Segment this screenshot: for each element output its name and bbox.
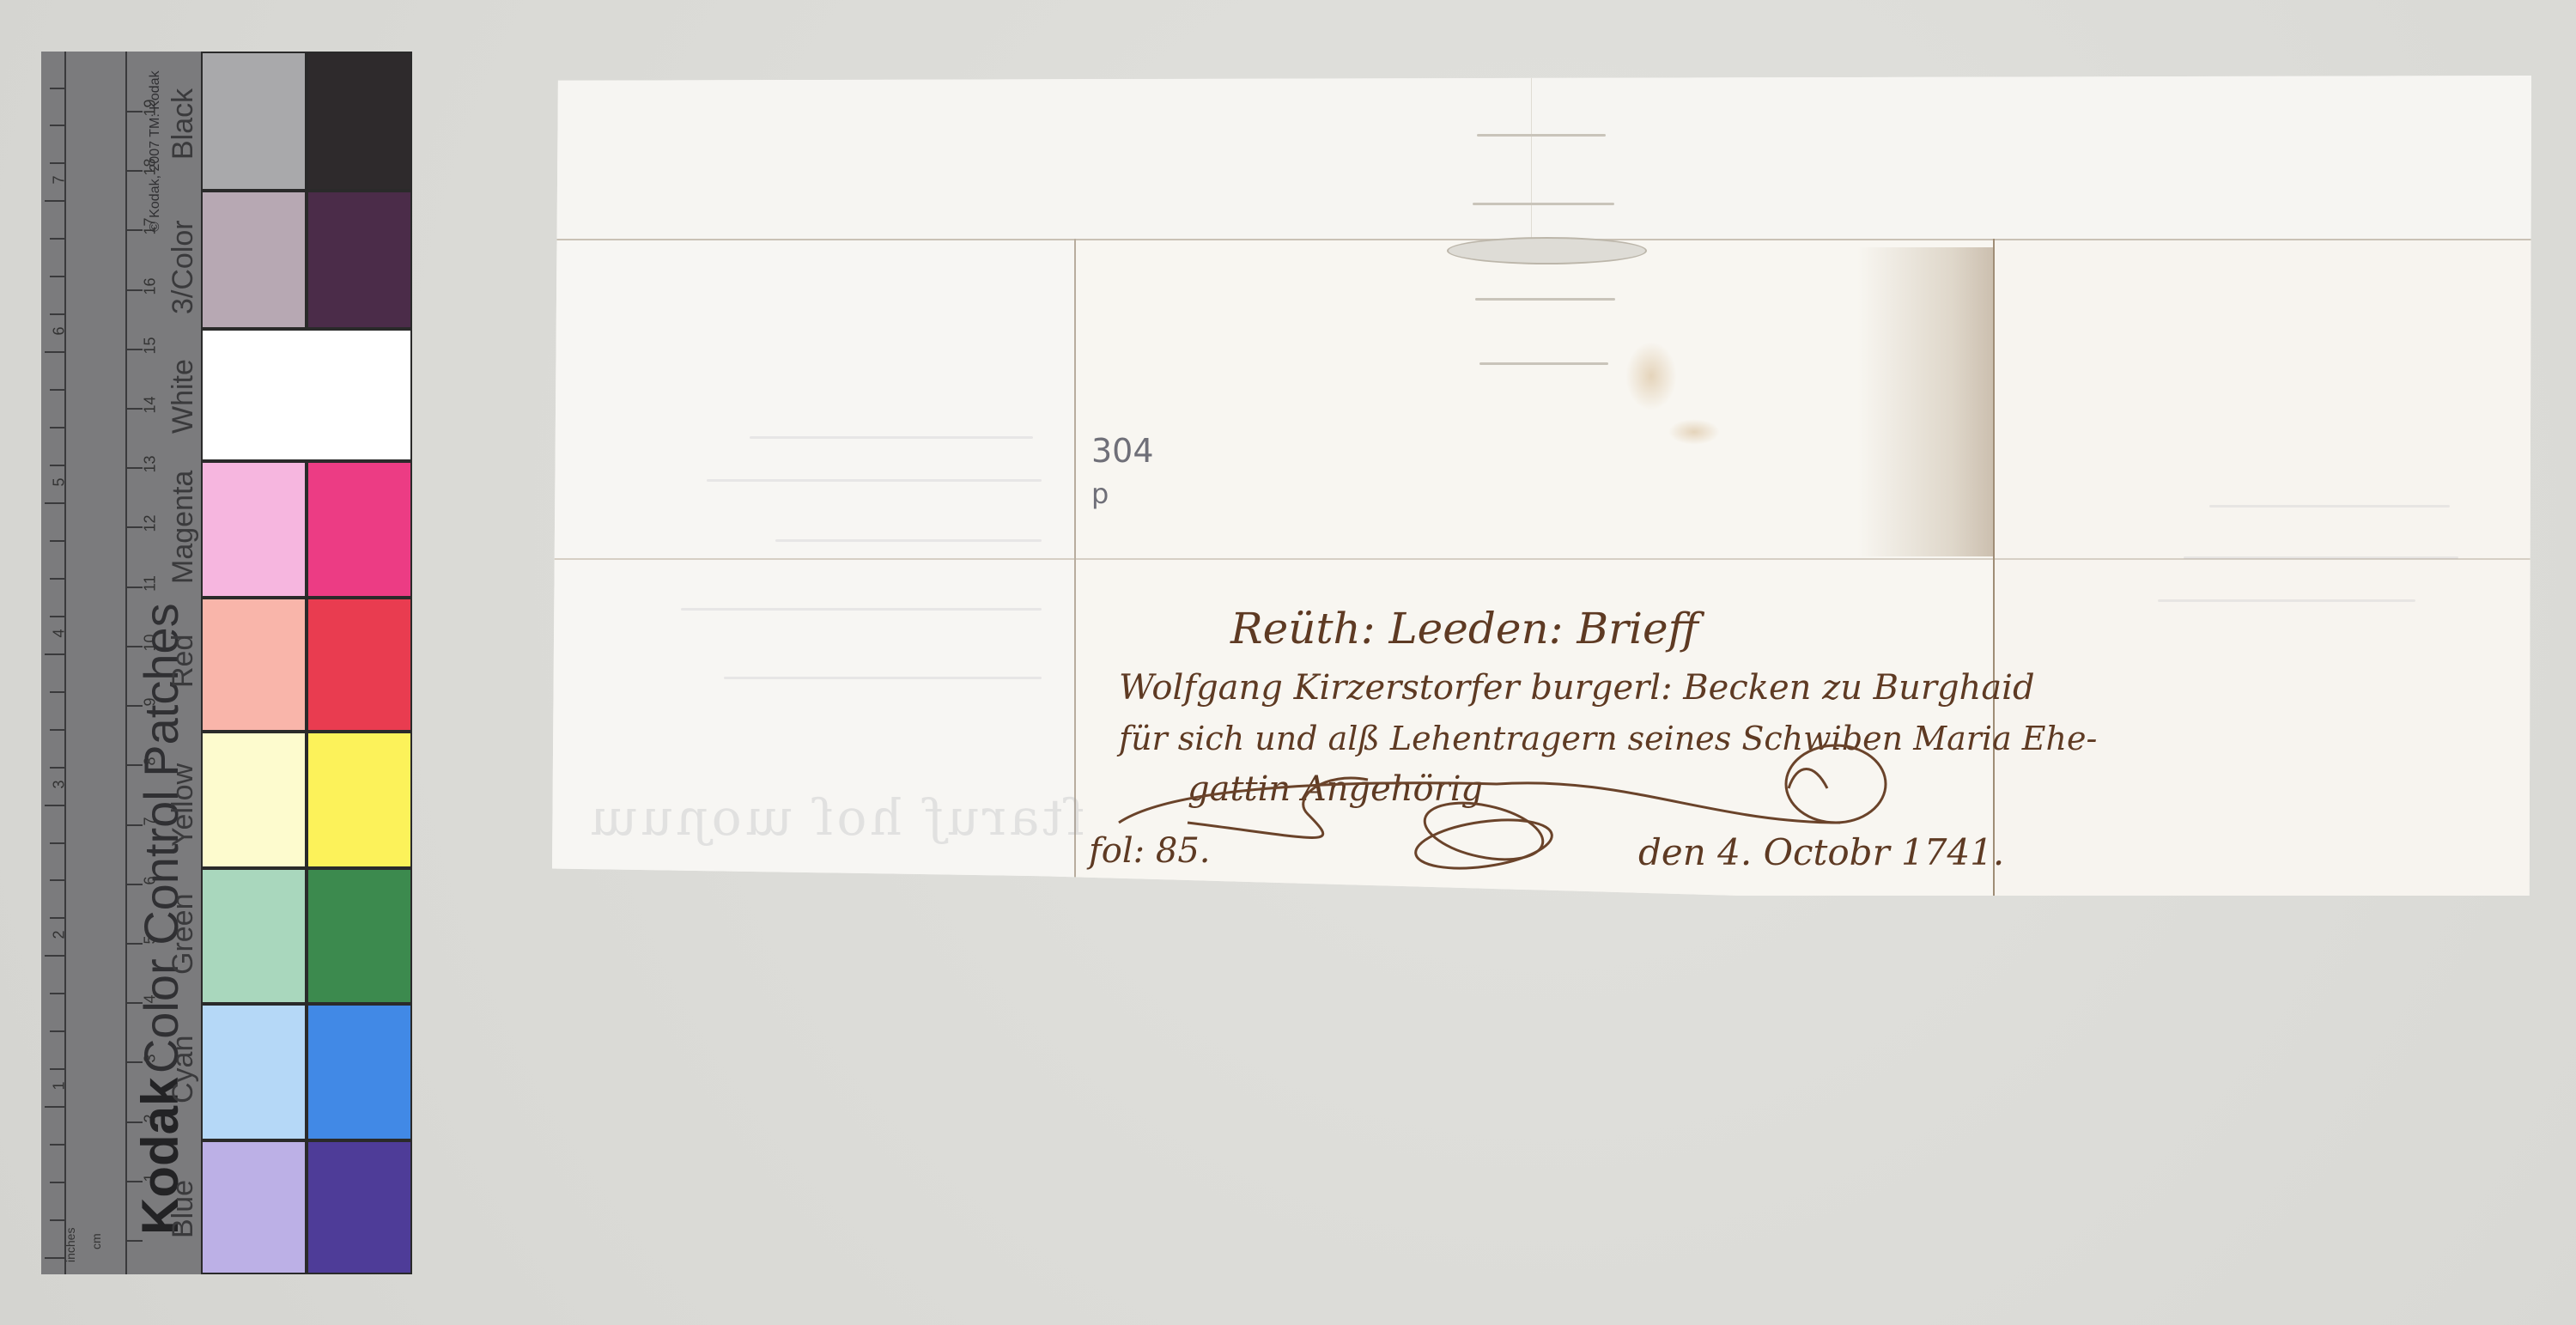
inch-tick xyxy=(50,616,65,617)
inch-tick-label: 1 xyxy=(51,1073,69,1099)
patch-label: Magenta xyxy=(167,470,200,583)
cm-tick xyxy=(125,587,143,588)
cm-tick xyxy=(125,229,143,231)
inch-tick xyxy=(45,1257,65,1259)
inch-tick xyxy=(50,125,65,126)
patch-black-light xyxy=(201,52,307,191)
inch-tick xyxy=(50,1144,65,1146)
cm-tick-label: 13 xyxy=(142,452,160,477)
patch-green-dark xyxy=(307,868,412,1004)
patch-label: Red xyxy=(167,635,200,688)
patch-black-dark xyxy=(307,52,412,191)
patch-magenta-dark xyxy=(307,461,412,598)
inch-tick xyxy=(50,767,65,769)
inch-tick xyxy=(50,1030,65,1032)
cm-tick xyxy=(125,1240,143,1242)
inch-tick xyxy=(50,993,65,994)
patch-label: Green xyxy=(167,894,200,976)
cm-tick xyxy=(125,526,143,528)
inch-tick xyxy=(50,691,65,693)
inch-tick-label: 5 xyxy=(51,469,69,495)
cm-tick xyxy=(125,408,143,410)
patch-label: White xyxy=(167,359,200,434)
inch-tick-label: 7 xyxy=(51,167,69,193)
inch-tick xyxy=(45,351,65,353)
inch-tick-label: 6 xyxy=(51,319,69,344)
inch-tick xyxy=(50,1068,65,1070)
cm-tick-label: 11 xyxy=(142,570,160,596)
patch-label: Cyan xyxy=(167,1035,200,1103)
patch-white xyxy=(201,329,412,461)
patch-3-color-light xyxy=(201,191,307,329)
inch-tick-label: 4 xyxy=(51,620,69,646)
inch-tick xyxy=(45,1106,65,1108)
patch-3-color-dark xyxy=(307,191,412,329)
inch-tick-label: 2 xyxy=(51,922,69,948)
cm-tick-label: 16 xyxy=(142,273,160,299)
inch-tick xyxy=(50,238,65,240)
patch-red-light xyxy=(201,598,307,732)
patch-yellow-dark xyxy=(307,732,412,868)
inch-tick xyxy=(50,578,65,580)
kodak-color-card: 123456712345678910111213141516171819 inc… xyxy=(41,52,412,1274)
patch-yellow-light xyxy=(201,732,307,868)
inch-tick xyxy=(45,653,65,655)
inches-unit-label: inches xyxy=(64,1228,77,1262)
cm-tick-label: 12 xyxy=(142,511,160,537)
inch-tick xyxy=(50,465,65,466)
inch-tick xyxy=(45,805,65,806)
inch-tick xyxy=(50,879,65,881)
patch-cyan-dark xyxy=(307,1004,412,1140)
cm-unit-label: cm xyxy=(89,1233,103,1249)
inch-tick xyxy=(45,200,65,202)
cm-ruler-line xyxy=(125,52,127,1274)
patch-red-dark xyxy=(307,598,412,732)
inch-tick xyxy=(50,1219,65,1221)
inch-tick xyxy=(50,917,65,919)
patch-label: Blue xyxy=(167,1180,200,1238)
inch-tick xyxy=(50,389,65,391)
patch-blue-dark xyxy=(307,1140,412,1274)
inch-tick xyxy=(50,540,65,542)
inch-tick xyxy=(50,1182,65,1183)
copyright-text: © Kodak, 2007 TM: Kodak xyxy=(148,70,163,232)
patch-blue-light xyxy=(201,1140,307,1274)
inch-tick xyxy=(50,427,65,428)
cm-tick xyxy=(125,289,143,291)
patch-label: Black xyxy=(167,88,200,160)
inch-tick xyxy=(50,276,65,277)
inch-tick-label: 3 xyxy=(51,771,69,797)
patch-green-light xyxy=(201,868,307,1004)
inch-tick xyxy=(45,955,65,957)
cm-tick-label: 15 xyxy=(142,332,160,358)
signature-flourish xyxy=(552,76,2531,896)
cm-tick-label: 14 xyxy=(142,392,160,418)
cm-tick xyxy=(125,467,143,469)
inch-tick xyxy=(50,88,65,89)
patch-cyan-light xyxy=(201,1004,307,1140)
cm-tick xyxy=(125,349,143,350)
inch-tick xyxy=(50,313,65,315)
folded-letter: ſtaruƒ hoſ ɯoɲuɯ 304 p Reüth: Leeden: Br… xyxy=(552,76,2531,896)
cm-tick xyxy=(125,170,143,172)
gray-label-strip: 123456712345678910111213141516171819 inc… xyxy=(41,52,201,1274)
inch-tick xyxy=(50,162,65,164)
patch-label: 3/Color xyxy=(167,220,200,314)
patch-label: Yellow xyxy=(167,763,200,846)
inch-tick xyxy=(45,502,65,504)
inch-tick xyxy=(50,729,65,731)
cm-tick xyxy=(125,111,143,112)
inch-tick xyxy=(50,842,65,844)
patch-magenta-light xyxy=(201,461,307,598)
